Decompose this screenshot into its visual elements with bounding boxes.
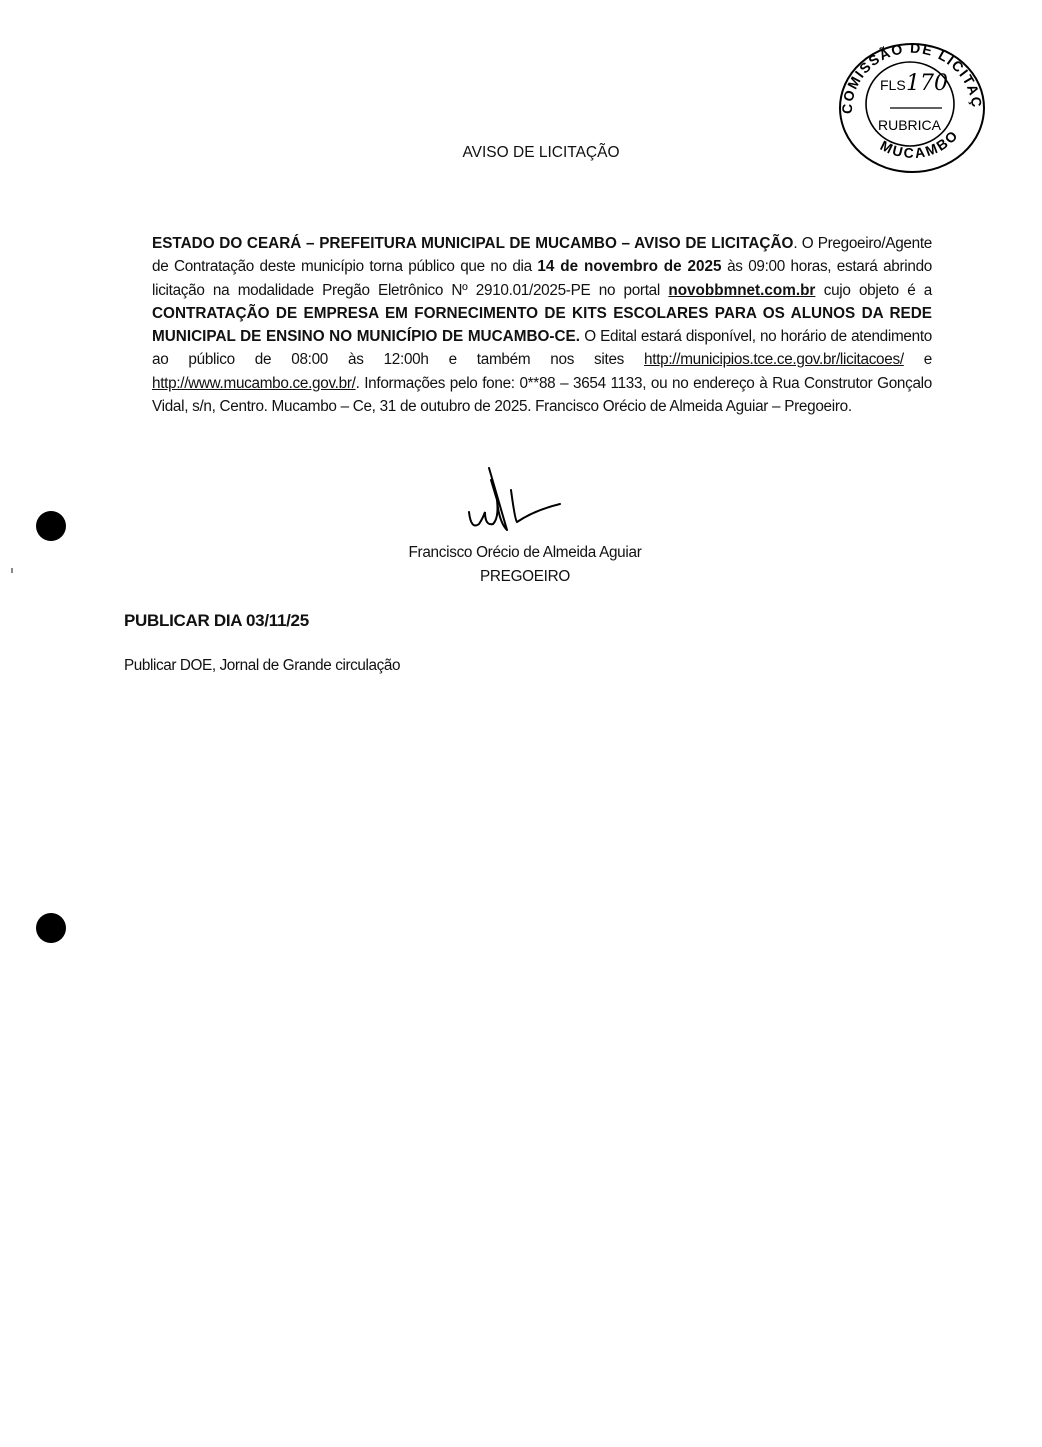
document-title: AVISO DE LICITAÇÃO: [0, 144, 1042, 162]
tce-link[interactable]: http://municipios.tce.ce.gov.br/licitaco…: [644, 351, 904, 368]
portal-link[interactable]: novobbmnet.com.br: [668, 282, 815, 299]
publish-note: Publicar DOE, Jornal de Grande circulaçã…: [124, 657, 400, 675]
punch-hole: [36, 511, 66, 541]
stamp-rubrica: RUBRICA: [878, 117, 942, 133]
notice-header: ESTADO DO CEARÁ – PREFEITURA MUNICIPAL D…: [152, 235, 793, 252]
session-date: 14 de novembro de 2025: [537, 258, 721, 275]
notice-body: ESTADO DO CEARÁ – PREFEITURA MUNICIPAL D…: [152, 232, 932, 418]
signer-role: PREGOEIRO: [370, 568, 680, 586]
link-separator: e: [904, 351, 932, 368]
stamp-fls-number: 170: [906, 71, 948, 96]
mucambo-link[interactable]: http://www.mucambo.ce.gov.br/: [152, 375, 356, 392]
stamp-fls-label: FLS: [880, 77, 906, 93]
handwritten-signature: [455, 460, 575, 540]
punch-hole: [36, 913, 66, 943]
scan-speck: [11, 568, 13, 573]
publish-date-heading: PUBLICAR DIA 03/11/25: [124, 611, 309, 631]
signer-name: Francisco Orécio de Almeida Aguiar: [370, 544, 680, 562]
object-intro: cujo objeto é a: [815, 282, 932, 299]
